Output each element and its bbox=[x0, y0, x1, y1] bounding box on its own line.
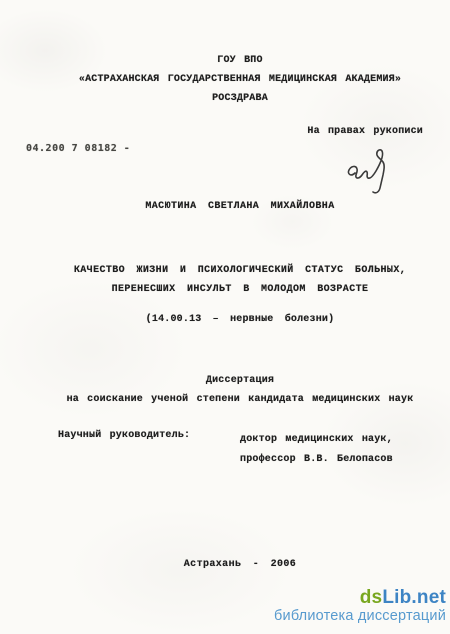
registration-stamp-number: 04.200 7 08182 - bbox=[26, 143, 130, 154]
author-name: МАСЮТИНА СВЕТЛАНА МИХАЙЛОВНА bbox=[35, 201, 445, 212]
city-and-year: Астрахань - 2006 bbox=[35, 559, 445, 570]
dslib-logo-prefix: ds bbox=[360, 587, 383, 608]
institution-block: ГОУ ВПО «АСТРАХАНСКАЯ ГОСУДАРСТВЕННАЯ МЕ… bbox=[35, 51, 445, 108]
institution-line-3: РОСЗДРАВА bbox=[35, 89, 445, 108]
dslib-logo: dsLib.net bbox=[274, 589, 446, 607]
advisor-credentials: доктор медицинских наук, профессор В.В. … bbox=[240, 430, 393, 470]
dissertation-title-line-1: КАЧЕСТВО ЖИЗНИ И ПСИХОЛОГИЧЕСКИЙ СТАТУС … bbox=[35, 261, 445, 280]
thesis-type-line-2: на соискание ученой степени кандидата ме… bbox=[35, 390, 445, 409]
handwritten-signature bbox=[346, 142, 404, 194]
manuscript-rights-note: На правах рукописи bbox=[307, 126, 423, 137]
dissertation-title: КАЧЕСТВО ЖИЗНИ И ПСИХОЛОГИЧЕСКИЙ СТАТУС … bbox=[35, 261, 445, 299]
specialty-code: (14.00.13 – нервные болезни) bbox=[35, 314, 445, 325]
dslib-tagline: библиотека диссертаций bbox=[274, 608, 446, 624]
dissertation-title-line-2: ПЕРЕНЕСШИХ ИНСУЛЬТ В МОЛОДОМ ВОЗРАСТЕ bbox=[35, 280, 445, 299]
advisor-degree: доктор медицинских наук, bbox=[240, 430, 393, 450]
thesis-type-block: Диссертация на соискание ученой степени … bbox=[35, 371, 445, 409]
advisor-name: профессор В.В. Белопасов bbox=[240, 450, 393, 470]
institution-line-2: «АСТРАХАНСКАЯ ГОСУДАРСТВЕННАЯ МЕДИЦИНСКА… bbox=[35, 70, 445, 89]
dslib-logo-suffix: Lib.net bbox=[382, 587, 446, 608]
institution-line-1: ГОУ ВПО bbox=[35, 51, 445, 70]
thesis-type-line-1: Диссертация bbox=[35, 371, 445, 390]
dissertation-title-page: ГОУ ВПО «АСТРАХАНСКАЯ ГОСУДАРСТВЕННАЯ МЕ… bbox=[0, 0, 450, 634]
dslib-watermark: dsLib.net библиотека диссертаций bbox=[274, 589, 446, 624]
advisor-label: Научный руководитель: bbox=[58, 430, 190, 441]
